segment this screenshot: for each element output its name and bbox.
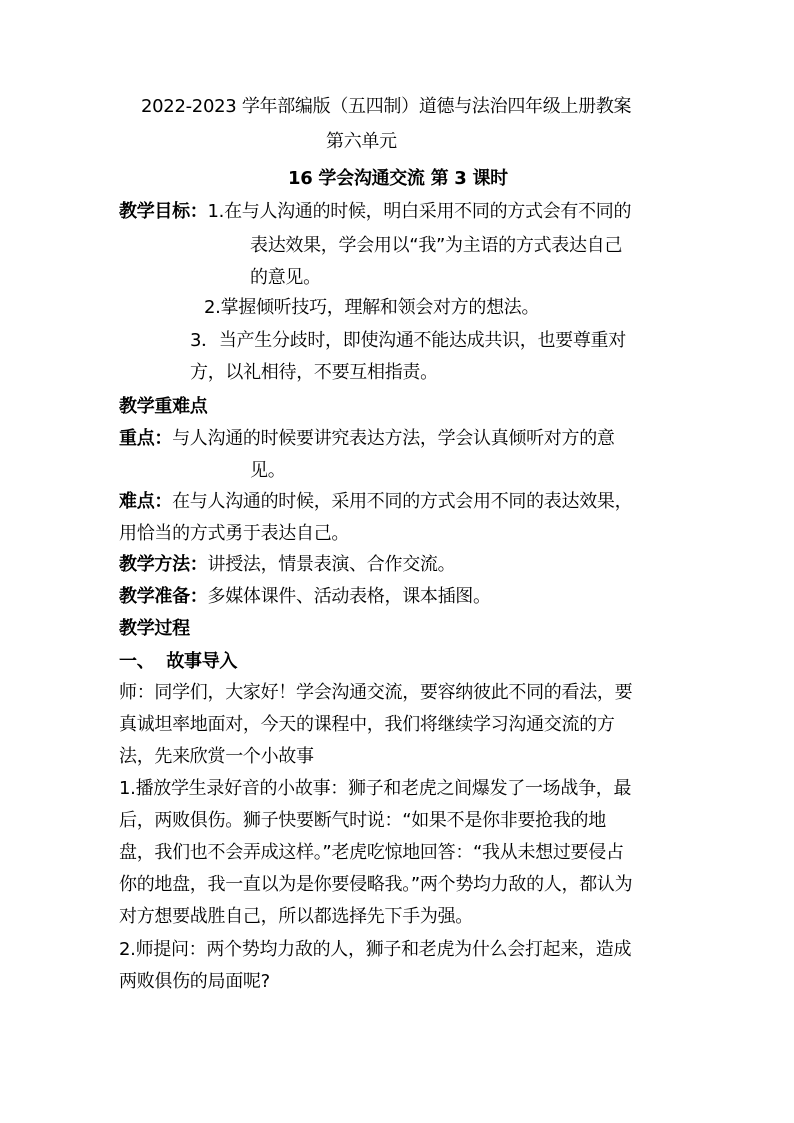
difficulty-text: 在与人沟通的时候，采用不同的方式会用不同的表达效果，	[172, 491, 632, 512]
focus-line-1: 重点：与人沟通的时候要讲究表达方法，学会认真倾听对方的意	[119, 427, 615, 451]
paragraph-2-line-1: 1.播放学生录好音的小故事：狮子和老虎之间爆发了一场战争，最	[119, 777, 631, 801]
document-title: 2022-2023 学年部编版（五四制）道德与法治四年级上册教案	[141, 95, 631, 119]
objective-1-text: 1.在与人沟通的时候，明白采用不同的方式会有不同的	[208, 201, 632, 222]
focus-line-2: 见。	[250, 459, 285, 483]
paragraph-3-line-2: 两败俱伤的局面呢?	[119, 970, 270, 994]
preparation-line: 教学准备：多媒体课件、活动表格，课本插图。	[119, 585, 491, 609]
paragraph-2-line-4: 你的地盘，我一直以为是你要侵略我。”两个势均力敌的人，都认为	[119, 873, 632, 897]
objective-3-line-2: 方，以礼相待，不要互相指责。	[190, 361, 438, 385]
lesson-title: 16 学会沟通交流 第 3 课时	[288, 167, 508, 191]
paragraph-1-line-1: 师：同学们，大家好！学会沟通交流，要容纳彼此不同的看法，要	[119, 681, 632, 705]
difficulty-line-1: 难点：在与人沟通的时候，采用不同的方式会用不同的表达效果，	[119, 490, 632, 514]
methods-line: 教学方法：讲授法，情景表演、合作交流。	[119, 553, 455, 577]
paragraph-2-line-3: 盘，我们也不会弄成这样。”老虎吃惊地回答：“我从未想过要侵占	[119, 841, 624, 865]
section-1-heading: 一、 故事导入	[119, 650, 237, 674]
objective-1-line-3: 的意见。	[250, 266, 321, 290]
paragraph-2-line-5: 对方想要战胜自己，所以都选择先下手为强。	[119, 905, 473, 929]
paragraph-1-line-3: 法，先来欣赏一个小故事	[119, 745, 314, 769]
methods-label: 教学方法：	[119, 554, 208, 575]
paragraph-3-line-1: 2.师提问：两个势均力敌的人，狮子和老虎为什么会打起来，造成	[119, 938, 631, 962]
process-heading: 教学过程	[119, 617, 190, 641]
objectives-label: 教学目标：	[119, 201, 208, 222]
objectives-line-1: 教学目标：1.在与人沟通的时候，明白采用不同的方式会有不同的	[119, 200, 631, 224]
unit-title: 第六单元	[326, 130, 397, 154]
focus-label: 重点：	[119, 428, 172, 449]
objective-2: 2.掌握倾听技巧，理解和领会对方的想法。	[204, 296, 539, 320]
focus-text: 与人沟通的时候要讲究表达方法，学会认真倾听对方的意	[172, 428, 615, 449]
objective-1-line-2: 表达效果，学会用以“我”为主语的方式表达自己	[250, 234, 622, 258]
preparation-label: 教学准备：	[119, 586, 208, 607]
document-page: 2022-2023 学年部编版（五四制）道德与法治四年级上册教案 第六单元 16…	[0, 0, 794, 1123]
preparation-text: 多媒体课件、活动表格，课本插图。	[208, 586, 491, 607]
key-points-heading: 教学重难点	[119, 395, 208, 419]
methods-text: 讲授法，情景表演、合作交流。	[208, 554, 456, 575]
paragraph-1-line-2: 真诚坦率地面对，今天的课程中，我们将继续学习沟通交流的方	[119, 713, 615, 737]
objective-3-line-1: 3．当产生分歧时，即使沟通不能达成共识，也要尊重对	[190, 329, 626, 353]
difficulty-label: 难点：	[119, 491, 172, 512]
paragraph-2-line-2: 后，两败俱伤。狮子快要断气时说：“如果不是你非要抢我的地	[119, 809, 606, 833]
difficulty-line-2: 用恰当的方式勇于表达自己。	[119, 522, 349, 546]
